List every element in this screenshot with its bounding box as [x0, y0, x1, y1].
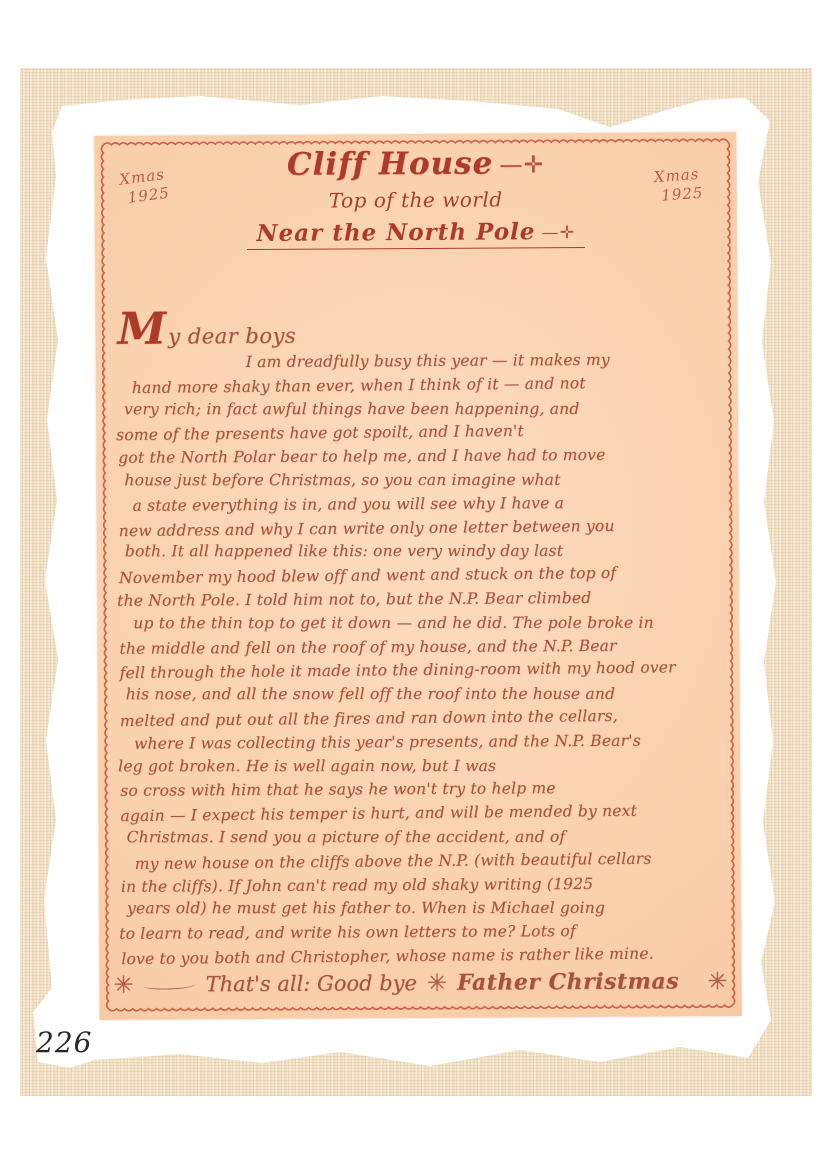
pen-squiggle-icon — [144, 980, 196, 989]
signature-line: ✳ That's all: Good bye ✳ Father Christma… — [113, 968, 727, 998]
letter-line: house just before Christmas, so you can … — [124, 469, 718, 493]
pen-flourish-icon: —✛ — [493, 151, 544, 178]
letter-body: I am dreadfully busy this year — it make… — [118, 348, 722, 970]
signature-text: Father Christmas — [457, 968, 679, 995]
scanned-book-page: { "book": { "page_number": "226" }, "let… — [0, 0, 826, 1169]
snowflake-doodle-icon: ✳ — [707, 969, 727, 993]
heading-text: Cliff House — [287, 146, 494, 183]
closing-text: That's all: Good bye — [206, 971, 417, 996]
heading-text: Near the North Pole — [257, 218, 536, 247]
letter-line: Christmas. I send you a picture of the a… — [127, 826, 721, 850]
heading-cliff-house: Cliff House—✛ — [94, 144, 736, 184]
letter-line: fell through the hole it made into the d… — [119, 656, 719, 686]
page-number: 226 — [36, 1026, 92, 1059]
letter-line: again — I expect his temper is hurt, and… — [120, 799, 720, 829]
letter-line: his nose, and all the snow fell off the … — [126, 683, 720, 707]
letter-line: hand more shaky than ever, when I think … — [132, 371, 718, 401]
letter-line: up to the thin top to get it down — and … — [133, 611, 719, 635]
heading-near-the-north-pole: Near the North Pole—✛ — [247, 218, 586, 250]
father-christmas-letter: Xmas 1925 Xmas 1925 Cliff House—✛ Top of… — [94, 132, 741, 1020]
snowflake-doodle-icon: ✳ — [113, 973, 133, 997]
letter-line: where I was collecting this year's prese… — [134, 729, 720, 756]
letter-line: the North Pole. I told him not to, but t… — [117, 586, 719, 613]
letter-heading: Cliff House—✛ Top of the world Near the … — [94, 144, 737, 251]
pen-flourish-icon: —✛ — [535, 223, 575, 243]
letter-line: leg got broken. He is well again now, bu… — [118, 754, 720, 778]
book-page-canvas: Xmas 1925 Xmas 1925 Cliff House—✛ Top of… — [0, 0, 826, 1169]
letter-line: both. It all happened like this: one ver… — [125, 540, 719, 564]
letter-line: got the North Polar bear to help me, and… — [118, 443, 718, 470]
letter-line: love to you both and Christopher, whose … — [121, 942, 721, 972]
snowflake-doodle-icon: ✳ — [427, 971, 447, 995]
letter-line: years old) he must get his father to. Wh… — [127, 897, 721, 921]
salutation: My dear boys — [117, 303, 296, 355]
